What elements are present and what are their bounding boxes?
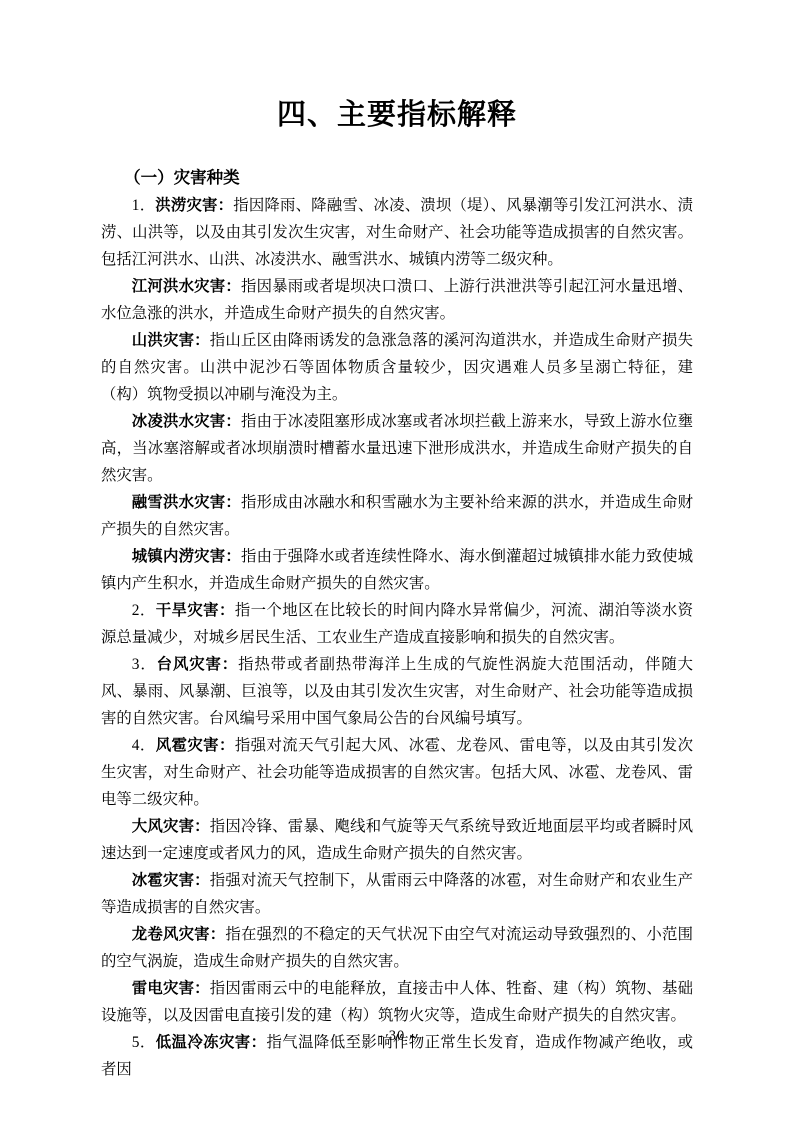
paragraph-number: 1． (132, 197, 155, 214)
disaster-term: 大风灾害： (132, 818, 210, 835)
disaster-term: 融雪洪水灾害： (132, 494, 241, 511)
paragraph-drought: 2．干旱灾害：指一个地区在比较长的时间内降水异常偏少，河流、湖泊等淡水资源总量减… (101, 597, 693, 651)
section-heading: （一）灾害种类 (101, 165, 693, 192)
paragraph-ice-flood: 冰凌洪水灾害：指由于冰凌阻塞形成冰塞或者冰坝拦截上游来水，导致上游水位壅高，当冰… (101, 408, 693, 489)
paragraph-number: 4． (132, 737, 156, 754)
disaster-term: 台风灾害： (157, 656, 238, 673)
disaster-term: 冰雹灾害： (132, 872, 210, 889)
paragraph-lightning: 雷电灾害：指因雷雨云中的电能释放，直接击中人体、牲畜、建（构）筑物、基础设施等，… (101, 975, 693, 1029)
paragraph-typhoon: 3．台风灾害：指热带或者副热带海洋上生成的气旋性涡旋大范围活动，伴随大风、暴雨、… (101, 651, 693, 732)
paragraph-urban-waterlogging: 城镇内涝灾害：指由于强降水或者连续性降水、海水倒灌超过城镇排水能力致使城镇内产生… (101, 543, 693, 597)
disaster-term: 洪涝灾害： (155, 197, 233, 214)
disaster-term: 干旱灾害： (156, 602, 235, 619)
paragraph-gale: 大风灾害：指因冷锋、雷暴、飑线和气旋等天气系统导致近地面层平均或者瞬时风速达到一… (101, 813, 693, 867)
disaster-term: 龙卷风灾害： (132, 926, 226, 943)
paragraph-snowmelt-flood: 融雪洪水灾害：指形成由冰融水和积雪融水为主要补给来源的洪水，并造成生命财产损失的… (101, 489, 693, 543)
paragraph-mountain-torrent: 山洪灾害：指山丘区由降雨诱发的急涨急落的溪河沟道洪水，并造成生命财产损失的自然灾… (101, 327, 693, 408)
document-page: 四、主要指标解释 （一）灾害种类 1．洪涝灾害：指因降雨、降融雪、冰凌、溃坝（堤… (0, 0, 794, 1122)
disaster-term: 城镇内涝灾害： (132, 548, 241, 565)
disaster-term: 冰凌洪水灾害： (132, 413, 241, 430)
disaster-term: 雷电灾害： (132, 980, 210, 997)
paragraph-number: 3． (132, 656, 157, 673)
disaster-term: 风雹灾害： (156, 737, 235, 754)
paragraph-flood: 1．洪涝灾害：指因降雨、降融雪、冰凌、溃坝（堤）、风暴潮等引发江河洪水、渍涝、山… (101, 192, 693, 273)
paragraph-windstorm-hail: 4．风雹灾害：指强对流天气引起大风、冰雹、龙卷风、雷电等，以及由其引发次生灾害，… (101, 732, 693, 813)
paragraph-number: 2． (132, 602, 156, 619)
disaster-term: 江河洪水灾害： (132, 278, 241, 295)
paragraph-tornado: 龙卷风灾害：指在强烈的不稳定的天气状况下由空气对流运动导致强烈的、小范围的空气涡… (101, 921, 693, 975)
paragraph-hail: 冰雹灾害：指强对流天气控制下，从雷雨云中降落的冰雹，对生命财产和农业生产等造成损… (101, 867, 693, 921)
disaster-term: 山洪灾害： (132, 332, 210, 349)
page-title: 四、主要指标解释 (101, 0, 693, 132)
page-footer: - 30 - (0, 1026, 794, 1046)
paragraph-river-flood: 江河洪水灾害：指因暴雨或者堤坝决口溃口、上游行洪泄洪等引起江河水量迅增、水位急涨… (101, 273, 693, 327)
page-number: - 30 - (378, 1028, 415, 1044)
